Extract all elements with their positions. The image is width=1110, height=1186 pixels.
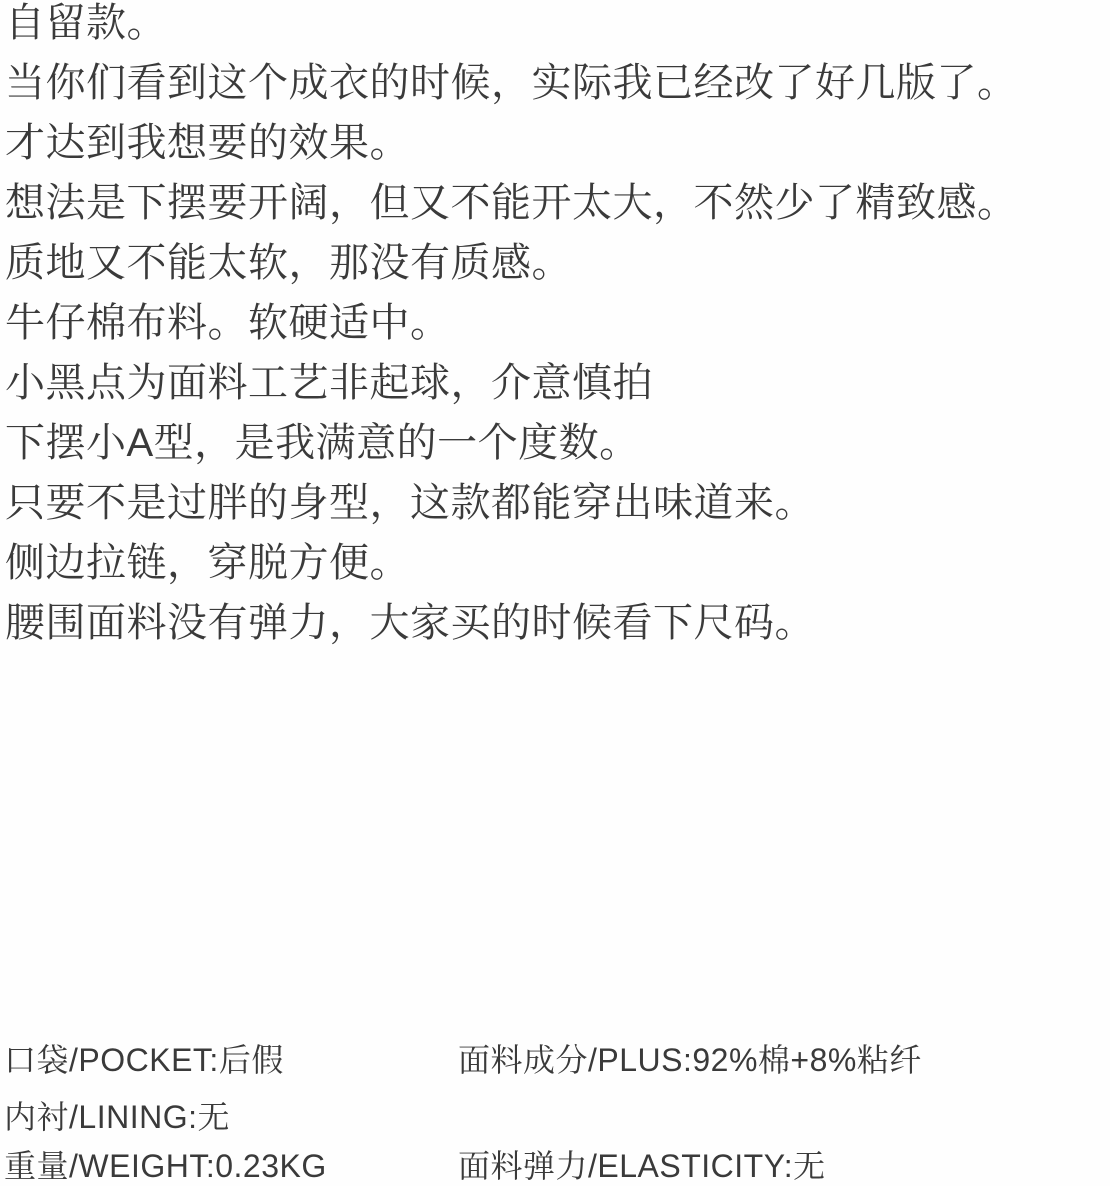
description-line-desired-effect: 才达到我想要的效果。	[5, 113, 1105, 173]
spec-fabric-composition: 面料成分/PLUS:92%棉+8%粘纤	[458, 1040, 922, 1080]
description-line-waist-no-stretch: 腰围面料没有弹力，大家买的时候看下尺码。	[5, 593, 1105, 653]
product-description-page: 自留款。 当你们看到这个成衣的时候，实际我已经改了好几版了。 才达到我想要的效果…	[0, 0, 1110, 1186]
description-line-fabric-dots-note: 小黑点为面料工艺非起球，介意慎拍	[5, 353, 1105, 413]
description-line-hem-idea: 想法是下摆要开阔，但又不能开太大，不然少了精致感。	[5, 173, 1105, 233]
description-line-revisions: 当你们看到这个成衣的时候，实际我已经改了好几版了。	[5, 53, 1105, 113]
description-line-texture: 质地又不能太软，那没有质感。	[5, 233, 1105, 293]
spec-row: 重量/WEIGHT:0.23KG 面料弹力/ELASTICITY:无	[0, 1146, 1110, 1186]
description-line-a-line-hem: 下摆小A型，是我满意的一个度数。	[5, 413, 1105, 473]
description-text-block: 自留款。 当你们看到这个成衣的时候，实际我已经改了好几版了。 才达到我想要的效果…	[5, 0, 1105, 653]
spec-elasticity: 面料弹力/ELASTICITY:无	[458, 1146, 826, 1186]
spec-weight: 重量/WEIGHT:0.23KG	[4, 1146, 327, 1186]
description-line-side-zipper: 侧边拉链，穿脱方便。	[5, 533, 1105, 593]
spec-pocket: 口袋/POCKET:后假	[4, 1040, 284, 1080]
description-line-keep-note: 自留款。	[5, 0, 1105, 53]
spec-lining: 内衬/LINING:无	[4, 1097, 230, 1137]
description-line-denim-cotton: 牛仔棉布料。软硬适中。	[5, 293, 1105, 353]
description-line-body-type: 只要不是过胖的身型，这款都能穿出味道来。	[5, 473, 1105, 533]
spec-row: 口袋/POCKET:后假 面料成分/PLUS:92%棉+8%粘纤	[0, 1040, 1110, 1080]
spec-row: 内衬/LINING:无	[0, 1097, 1110, 1137]
